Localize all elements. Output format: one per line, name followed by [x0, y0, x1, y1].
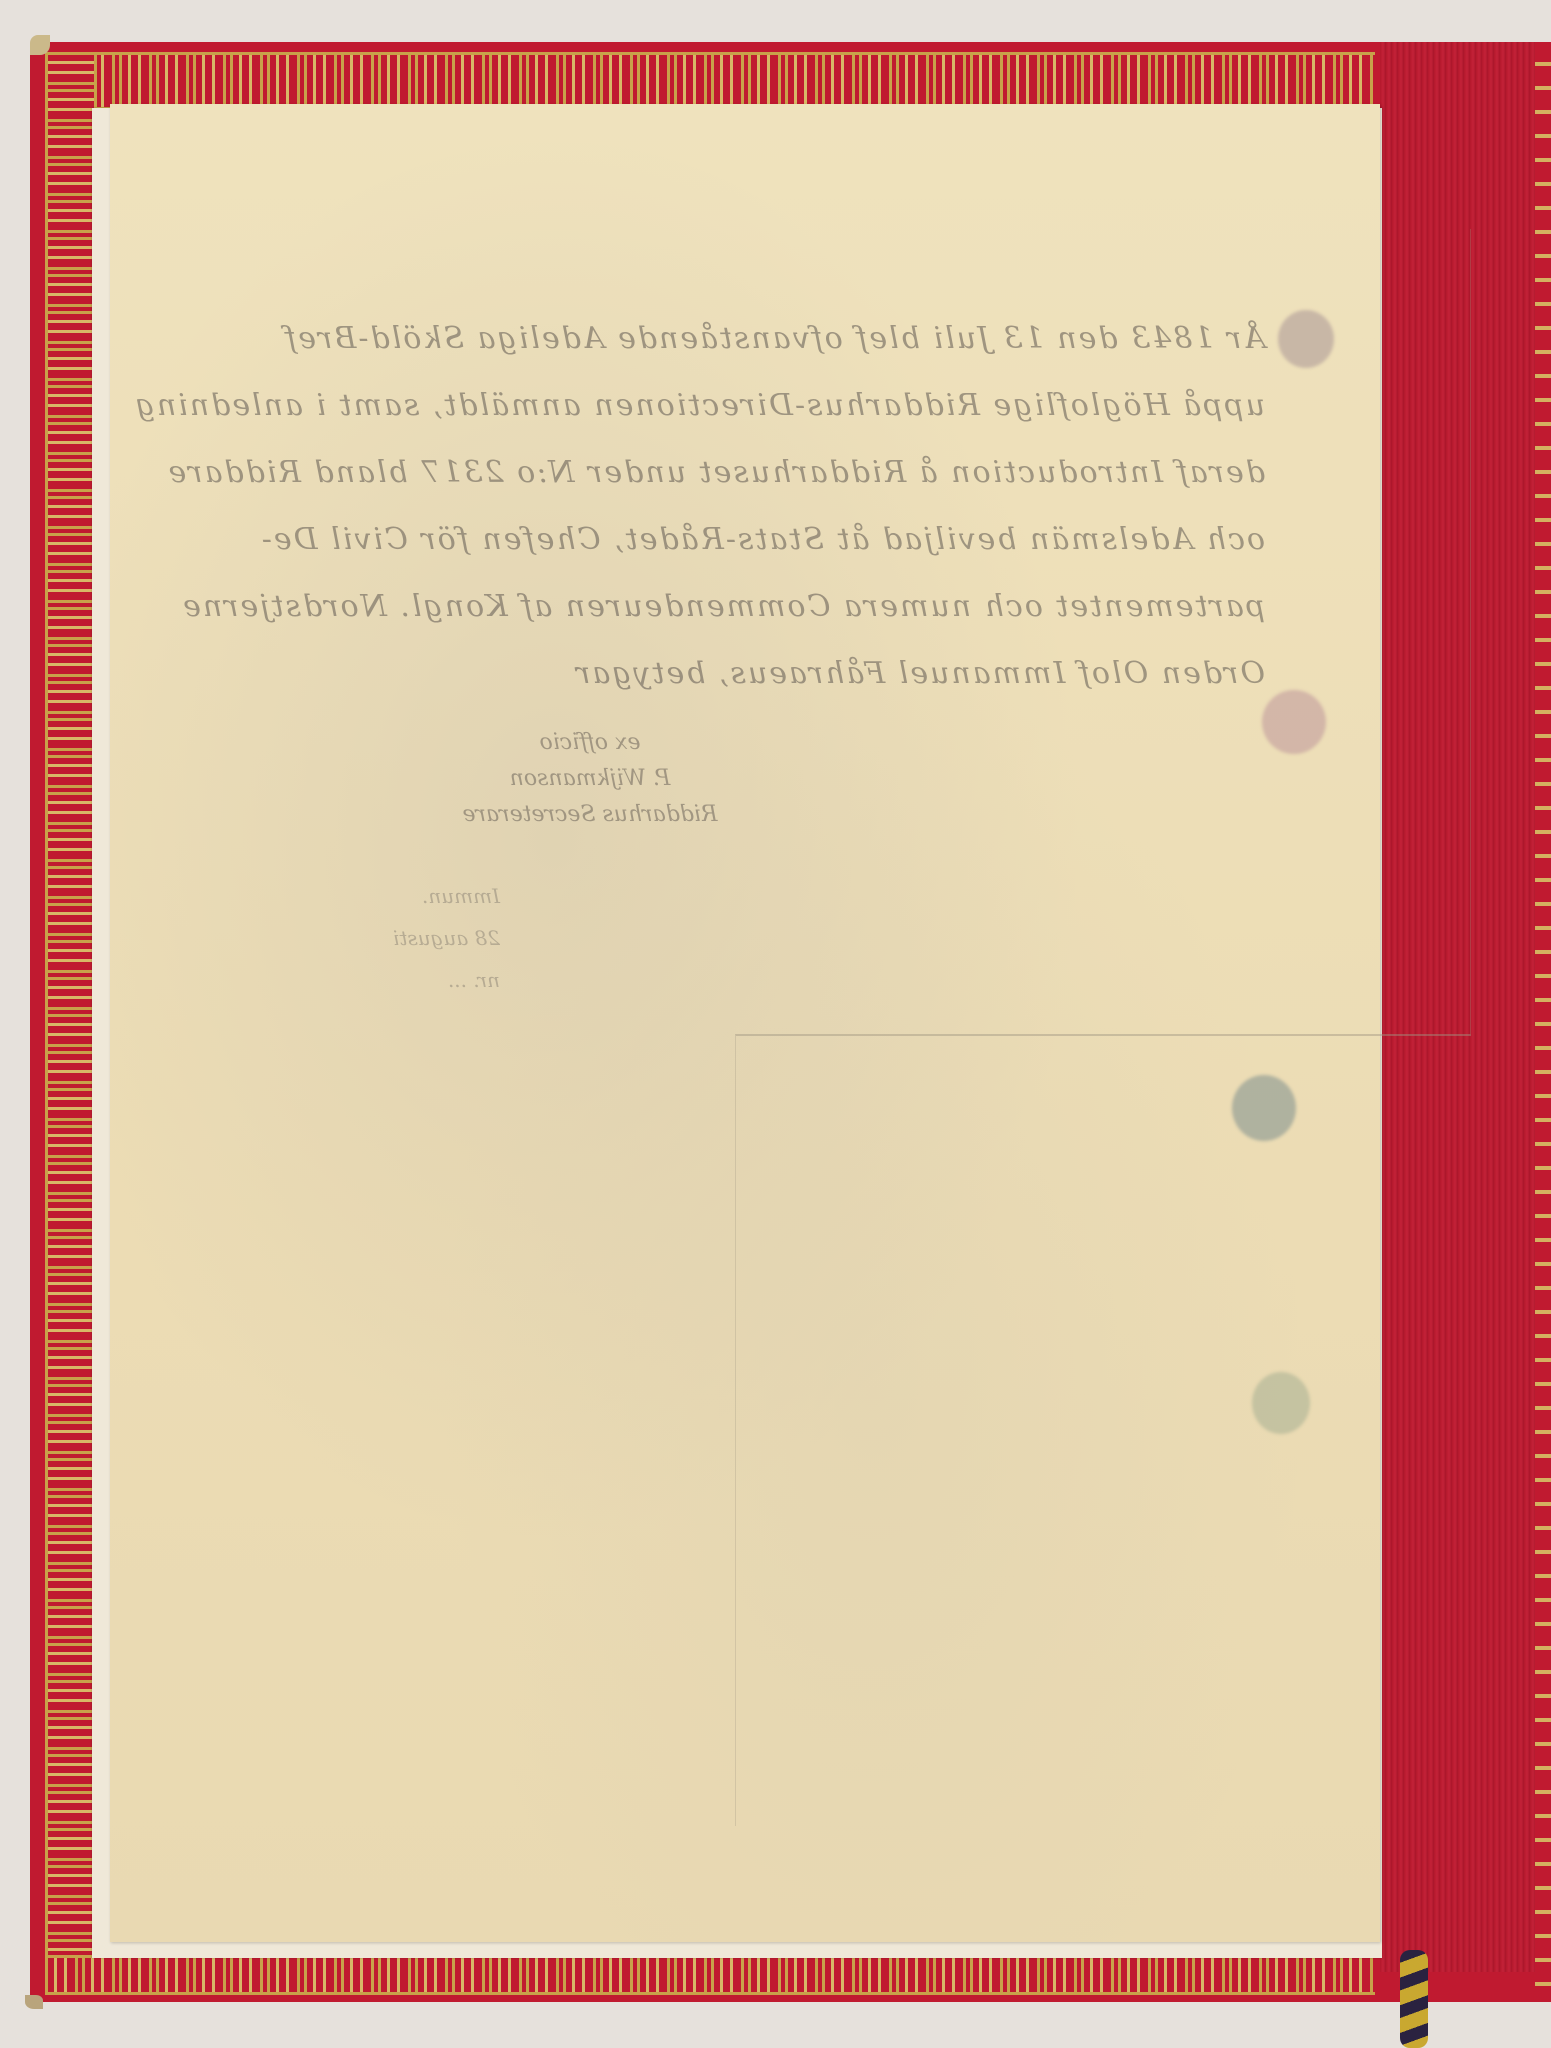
- sheet-edge-lower: [735, 1034, 1471, 1826]
- endorsement-line: uppå Högloflige Riddarhus-Directionen an…: [335, 372, 1265, 439]
- wax-seal-icon: [1278, 310, 1334, 368]
- endorsement-line: Orden Olof Immanuel Fåhraeus, betygar: [521, 640, 1265, 707]
- greek-key-border-top: [45, 52, 1375, 110]
- greek-key-border-left: [45, 52, 97, 1995]
- signature-ex-officio: ex officio: [440, 725, 740, 761]
- margin-note-line: Immun.: [340, 875, 500, 917]
- wax-seal-icon: [1252, 1372, 1310, 1434]
- endorsement-line: deraf Introduction å Riddarhuset under N…: [335, 439, 1265, 506]
- margin-note-line: 28 augusti: [340, 917, 500, 959]
- facing-cover-border: [1535, 42, 1551, 2002]
- worn-corner-top-left: [30, 35, 50, 55]
- endorsement-text: År 1843 den 13 Juli blef ofvanstående Ad…: [335, 305, 1265, 707]
- margin-note: Immun. 28 augusti nr. ...: [340, 875, 500, 1001]
- endorsement-line: och Adelsmän beviljad åt Stats-Rådet, Ch…: [335, 506, 1265, 573]
- greek-key-border-bottom: [45, 1955, 1375, 1995]
- worn-corner-bottom-left: [25, 1995, 43, 2009]
- endorsement-line: partementet och numera Commendeuren af K…: [335, 573, 1265, 640]
- margin-note-line: nr. ...: [340, 959, 500, 1001]
- signature-block: ex officio P. Wijkmanson Riddarhus Secre…: [440, 725, 740, 833]
- signature-name: P. Wijkmanson: [440, 761, 740, 797]
- wax-seal-icon: [1262, 690, 1326, 754]
- wax-seal-icon: [1232, 1075, 1296, 1141]
- signature-title: Riddarhus Secreterare: [440, 797, 740, 833]
- binding-cord: [1400, 1950, 1428, 2048]
- endorsement-line: År 1843 den 13 Juli blef ofvanstående Ad…: [335, 305, 1265, 372]
